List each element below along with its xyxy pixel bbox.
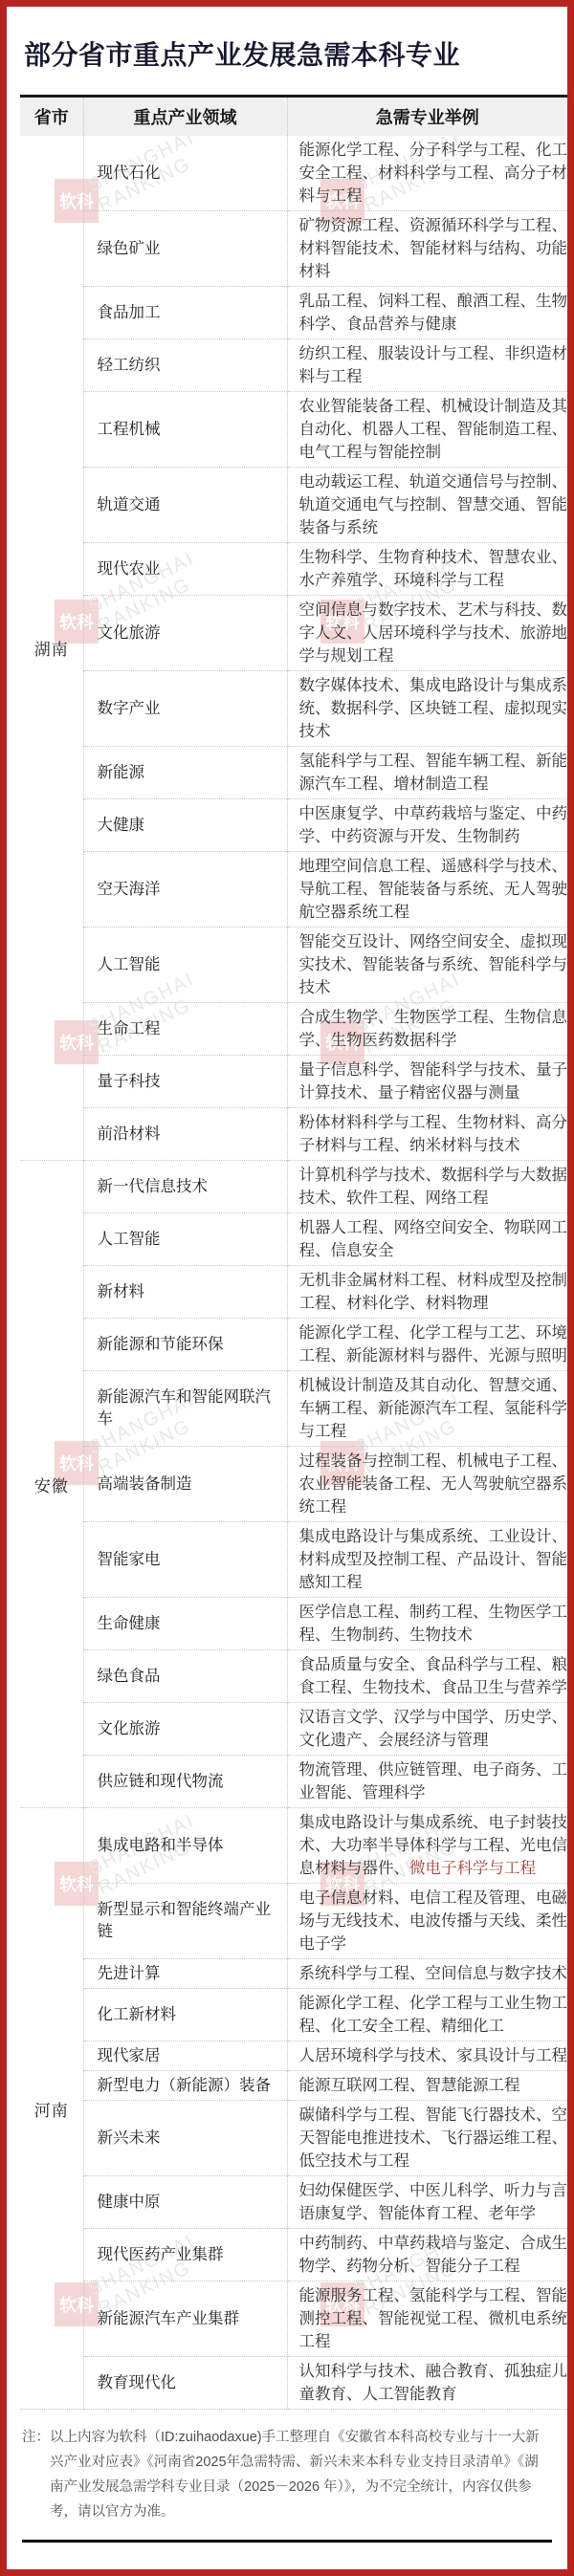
majors-cell: 医学信息工程、制药工程、生物医学工程、生物制药、生物技术 [287,1598,567,1650]
table-row: 供应链和现代物流物流管理、供应链管理、电子商务、工业智能、管理科学 [20,1756,567,1808]
col-header-majors: 急需专业举例 [287,97,567,137]
table-row: 生命健康医学信息工程、制药工程、生物医学工程、生物制药、生物技术 [20,1598,567,1650]
industry-cell: 文化旅游 [83,596,287,671]
industry-cell: 生命健康 [83,1598,287,1650]
table-row: 人工智能智能交互设计、网络空间安全、虚拟现实技术、智能装备与系统、智能科学与技术 [20,928,567,1003]
infographic-page: { "page": { "title": "部分省市重点产业发展急需本科专业" … [0,0,574,2576]
industry-cell: 前沿材料 [83,1108,287,1161]
table-row: 生命工程合成生物学、生物医学工程、生物信息学、生物医药数据科学 [20,1003,567,1056]
industry-cell: 化工新材料 [83,1989,287,2041]
majors-cell: 合成生物学、生物医学工程、生物信息学、生物医药数据科学 [287,1003,567,1056]
table-body: 湖南现代石化能源化学工程、分子科学与工程、化工安全工程、材料科学与工程、高分子材… [20,136,567,2410]
industry-cell: 量子科技 [83,1056,287,1108]
footnote-label: 注： [22,2425,50,2450]
table-row: 食品加工乳品工程、饲料工程、酿酒工程、生物科学、食品营养与健康 [20,287,567,339]
majors-cell: 妇幼保健医学、中医儿科学、听力与言语康复学、智能体育工程、老年学 [287,2176,567,2229]
industry-cell: 文化旅游 [83,1703,287,1756]
majors-cell: 空间信息与数字技术、艺术与科技、数字人文、人居环境科学与技术、旅游地学与规划工程 [287,596,567,671]
majors-cell: 中医康复学、中草药栽培与鉴定、中药学、中药资源与开发、生物制药 [287,799,567,852]
table-row: 新能源氢能科学与工程、智能车辆工程、新能源汽车工程、增材制造工程 [20,747,567,799]
highlighted-major: 微电子科学与工程 [409,1860,536,1877]
industry-cell: 大健康 [83,799,287,852]
majors-cell: 生物科学、生物育种技术、智慧农业、水产养殖学、环境科学与工程 [287,543,567,596]
industry-cell: 空天海洋 [83,852,287,928]
table-row: 轨道交通电动载运工程、轨道交通信号与控制、轨道交通电气与控制、智慧交通、智能装备… [20,468,567,543]
table-row: 先进计算系统科学与工程、空间信息与数字技术 [20,1959,567,1989]
majors-cell: 氢能科学与工程、智能车辆工程、新能源汽车工程、增材制造工程 [287,747,567,799]
table-row: 新型显示和智能终端产业链电子信息材料、电信工程及管理、电磁场与无线技术、电波传播… [20,1884,567,1959]
industry-cell: 现代医药产业集群 [83,2229,287,2281]
table-row: 河南集成电路和半导体集成电路设计与集成系统、电子封装技术、大功率半导体科学与工程… [20,1808,567,1884]
page-title: 部分省市重点产业发展急需本科专业 [24,39,550,72]
industry-cell: 教育现代化 [83,2357,287,2410]
industry-cell: 绿色矿业 [83,211,287,287]
majors-cell: 汉语言文学、汉学与中国学、历史学、文化遗产、会展经济与管理 [287,1703,567,1756]
industry-cell: 生命工程 [83,1003,287,1056]
industry-cell: 供应链和现代物流 [83,1756,287,1808]
majors-cell: 量子信息科学、智能科学与技术、量子计算技术、量子精密仪器与测量 [287,1056,567,1108]
industry-cell: 新能源汽车产业集群 [83,2281,287,2357]
majors-cell: 数字媒体技术、集成电路设计与集成系统、数据科学、区块链工程、虚拟现实技术 [287,671,567,747]
table-row: 前沿材料粉体材料科学与工程、生物材料、高分子材料与工程、纳米材料与技术 [20,1108,567,1161]
table-row: 化工新材料能源化学工程、化学工程与工业生物工程、化工安全工程、精细化工 [20,1989,567,2041]
industry-cell: 轻工纺织 [83,339,287,392]
table-row: 教育现代化认知科学与技术、融合教育、孤独症儿童教育、人工智能教育 [20,2357,567,2410]
industry-cell: 新能源和节能环保 [83,1319,287,1371]
industry-cell: 食品加工 [83,287,287,339]
majors-cell: 粉体材料科学与工程、生物材料、高分子材料与工程、纳米材料与技术 [287,1108,567,1161]
table-row: 新能源和节能环保能源化学工程、化学工程与工艺、环境工程、新能源材料与器件、光源与… [20,1319,567,1371]
majors-cell: 中药制药、中草药栽培与鉴定、合成生物学、药物分析、智能分子工程 [287,2229,567,2281]
bottom-rule [22,2540,552,2543]
table-row: 新能源汽车产业集群能源服务工程、氢能科学与工程、智能测控工程、智能视觉工程、微机… [20,2281,567,2357]
majors-cell: 人居环境科学与技术、家具设计与工程 [287,2041,567,2071]
majors-cell: 电动载运工程、轨道交通信号与控制、轨道交通电气与控制、智慧交通、智能装备与系统 [287,468,567,543]
col-header-province: 省市 [20,97,83,137]
table-row: 高端装备制造过程装备与控制工程、机械电子工程、农业智能装备工程、无人驾驶航空器系… [20,1447,567,1522]
province-cell: 湖南 [20,136,83,1161]
industry-cell: 人工智能 [83,1213,287,1266]
majors-cell: 能源服务工程、氢能科学与工程、智能测控工程、智能视觉工程、微机电系统工程 [287,2281,567,2357]
majors-cell: 过程装备与控制工程、机械电子工程、农业智能装备工程、无人驾驶航空器系统工程 [287,1447,567,1522]
industry-cell: 高端装备制造 [83,1447,287,1522]
table-row: 文化旅游汉语言文学、汉学与中国学、历史学、文化遗产、会展经济与管理 [20,1703,567,1756]
table-row: 现代家居人居环境科学与技术、家具设计与工程 [20,2041,567,2071]
majors-cell: 机器人工程、网络空间安全、物联网工程、信息安全 [287,1213,567,1266]
majors-cell: 电子信息材料、电信工程及管理、电磁场与无线技术、电波传播与天线、柔性电子学 [287,1884,567,1959]
majors-cell: 碳储科学与工程、智能飞行器技术、空天智能电推进技术、飞行器运维工程、低空技术与工… [287,2101,567,2176]
majors-cell: 能源化学工程、分子科学与工程、化工安全工程、材料科学与工程、高分子材料与工程 [287,136,567,211]
table-header: 省市 重点产业领域 急需专业举例 [20,97,567,137]
table-row: 湖南现代石化能源化学工程、分子科学与工程、化工安全工程、材料科学与工程、高分子材… [20,136,567,211]
majors-cell: 农业智能装备工程、机械设计制造及其自动化、机器人工程、智能制造工程、电气工程与智… [287,392,567,468]
header-row: 省市 重点产业领域 急需专业举例 [20,97,567,137]
majors-cell: 纺织工程、服装设计与工程、非织造材料与工程 [287,339,567,392]
industry-cell: 新能源汽车和智能网联汽车 [83,1371,287,1447]
industry-cell: 新材料 [83,1266,287,1319]
industry-cell: 新一代信息技术 [83,1161,287,1213]
table-row: 绿色食品食品质量与安全、食品科学与工程、粮食工程、生物技术、食品卫生与营养学 [20,1650,567,1703]
table-row: 健康中原妇幼保健医学、中医儿科学、听力与言语康复学、智能体育工程、老年学 [20,2176,567,2229]
table-row: 新材料无机非金属材料工程、材料成型及控制工程、材料化学、材料物理 [20,1266,567,1319]
majors-cell: 乳品工程、饲料工程、酿酒工程、生物科学、食品营养与健康 [287,287,567,339]
table-row: 新能源汽车和智能网联汽车机械设计制造及其自动化、智慧交通、车辆工程、新能源汽车工… [20,1371,567,1447]
industry-cell: 新能源 [83,747,287,799]
industry-cell: 现代石化 [83,136,287,211]
majors-cell: 地理空间信息工程、遥感科学与技术、导航工程、智能装备与系统、无人驾驶航空器系统工… [287,852,567,928]
table-row: 工程机械农业智能装备工程、机械设计制造及其自动化、机器人工程、智能制造工程、电气… [20,392,567,468]
table-row: 空天海洋地理空间信息工程、遥感科学与技术、导航工程、智能装备与系统、无人驾驶航空… [20,852,567,928]
majors-cell: 能源化学工程、化学工程与工艺、环境工程、新能源材料与器件、光源与照明 [287,1319,567,1371]
table-row: 数字产业数字媒体技术、集成电路设计与集成系统、数据科学、区块链工程、虚拟现实技术 [20,671,567,747]
table-row: 文化旅游空间信息与数字技术、艺术与科技、数字人文、人居环境科学与技术、旅游地学与… [20,596,567,671]
majors-cell: 智能交互设计、网络空间安全、虚拟现实技术、智能装备与系统、智能科学与技术 [287,928,567,1003]
industry-cell: 新型电力（新能源）装备 [83,2071,287,2101]
majors-cell: 无机非金属材料工程、材料成型及控制工程、材料化学、材料物理 [287,1266,567,1319]
industry-cell: 数字产业 [83,671,287,747]
col-header-industry: 重点产业领域 [83,97,287,137]
province-cell: 安徽 [20,1161,83,1808]
footnote-text: 以上内容为软科（ID:zuihaodaxue)手工整理自《安徽省本科高校专业与十… [50,2425,552,2524]
majors-cell: 集成电路设计与集成系统、电子封装技术、大功率半导体科学与工程、光电信息材料与器件… [287,1808,567,1884]
industry-cell: 现代农业 [83,543,287,596]
table-row: 量子科技量子信息科学、智能科学与技术、量子计算技术、量子精密仪器与测量 [20,1056,567,1108]
industry-cell: 智能家电 [83,1522,287,1598]
industry-cell: 新型显示和智能终端产业链 [83,1884,287,1959]
table-row: 轻工纺织纺织工程、服装设计与工程、非织造材料与工程 [20,339,567,392]
majors-cell: 能源互联网工程、智慧能源工程 [287,2071,567,2101]
table-row: 智能家电集成电路设计与集成系统、工业设计、材料成型及控制工程、产品设计、智能感知… [20,1522,567,1598]
industry-cell: 轨道交通 [83,468,287,543]
table-row: 现代医药产业集群中药制药、中草药栽培与鉴定、合成生物学、药物分析、智能分子工程 [20,2229,567,2281]
majors-cell: 物流管理、供应链管理、电子商务、工业智能、管理科学 [287,1756,567,1808]
province-cell: 河南 [20,1808,83,2410]
table-row: 新型电力（新能源）装备能源互联网工程、智慧能源工程 [20,2071,567,2101]
table-row: 现代农业生物科学、生物育种技术、智慧农业、水产养殖学、环境科学与工程 [20,543,567,596]
industry-cell: 现代家居 [83,2041,287,2071]
industry-cell: 工程机械 [83,392,287,468]
majors-cell: 计算机科学与技术、数据科学与大数据技术、软件工程、网络工程 [287,1161,567,1213]
majors-cell: 矿物资源工程、资源循环科学与工程、材料智能技术、智能材料与结构、功能材料 [287,211,567,287]
table-row: 新兴未来碳储科学与工程、智能飞行器技术、空天智能电推进技术、飞行器运维工程、低空… [20,2101,567,2176]
table-row: 安徽新一代信息技术计算机科学与技术、数据科学与大数据技术、软件工程、网络工程 [20,1161,567,1213]
industry-table: 省市 重点产业领域 急需专业举例 湖南现代石化能源化学工程、分子科学与工程、化工… [20,95,567,2410]
majors-cell: 机械设计制造及其自动化、智慧交通、车辆工程、新能源汽车工程、氢能科学与工程 [287,1371,567,1447]
majors-cell: 集成电路设计与集成系统、工业设计、材料成型及控制工程、产品设计、智能感知工程 [287,1522,567,1598]
industry-cell: 集成电路和半导体 [83,1808,287,1884]
majors-cell: 系统科学与工程、空间信息与数字技术 [287,1959,567,1989]
majors-cell: 能源化学工程、化学工程与工业生物工程、化工安全工程、精细化工 [287,1989,567,2041]
industry-cell: 人工智能 [83,928,287,1003]
table-row: 绿色矿业矿物资源工程、资源循环科学与工程、材料智能技术、智能材料与结构、功能材料 [20,211,567,287]
industry-cell: 绿色食品 [83,1650,287,1703]
majors-cell: 食品质量与安全、食品科学与工程、粮食工程、生物技术、食品卫生与营养学 [287,1650,567,1703]
industry-cell: 新兴未来 [83,2101,287,2176]
table-row: 人工智能机器人工程、网络空间安全、物联网工程、信息安全 [20,1213,567,1266]
table-row: 大健康中医康复学、中草药栽培与鉴定、中药学、中药资源与开发、生物制药 [20,799,567,852]
industry-cell: 先进计算 [83,1959,287,1989]
majors-cell: 认知科学与技术、融合教育、孤独症儿童教育、人工智能教育 [287,2357,567,2410]
footnote: 注： 以上内容为软科（ID:zuihaodaxue)手工整理自《安徽省本科高校专… [22,2425,552,2524]
industry-cell: 健康中原 [83,2176,287,2229]
